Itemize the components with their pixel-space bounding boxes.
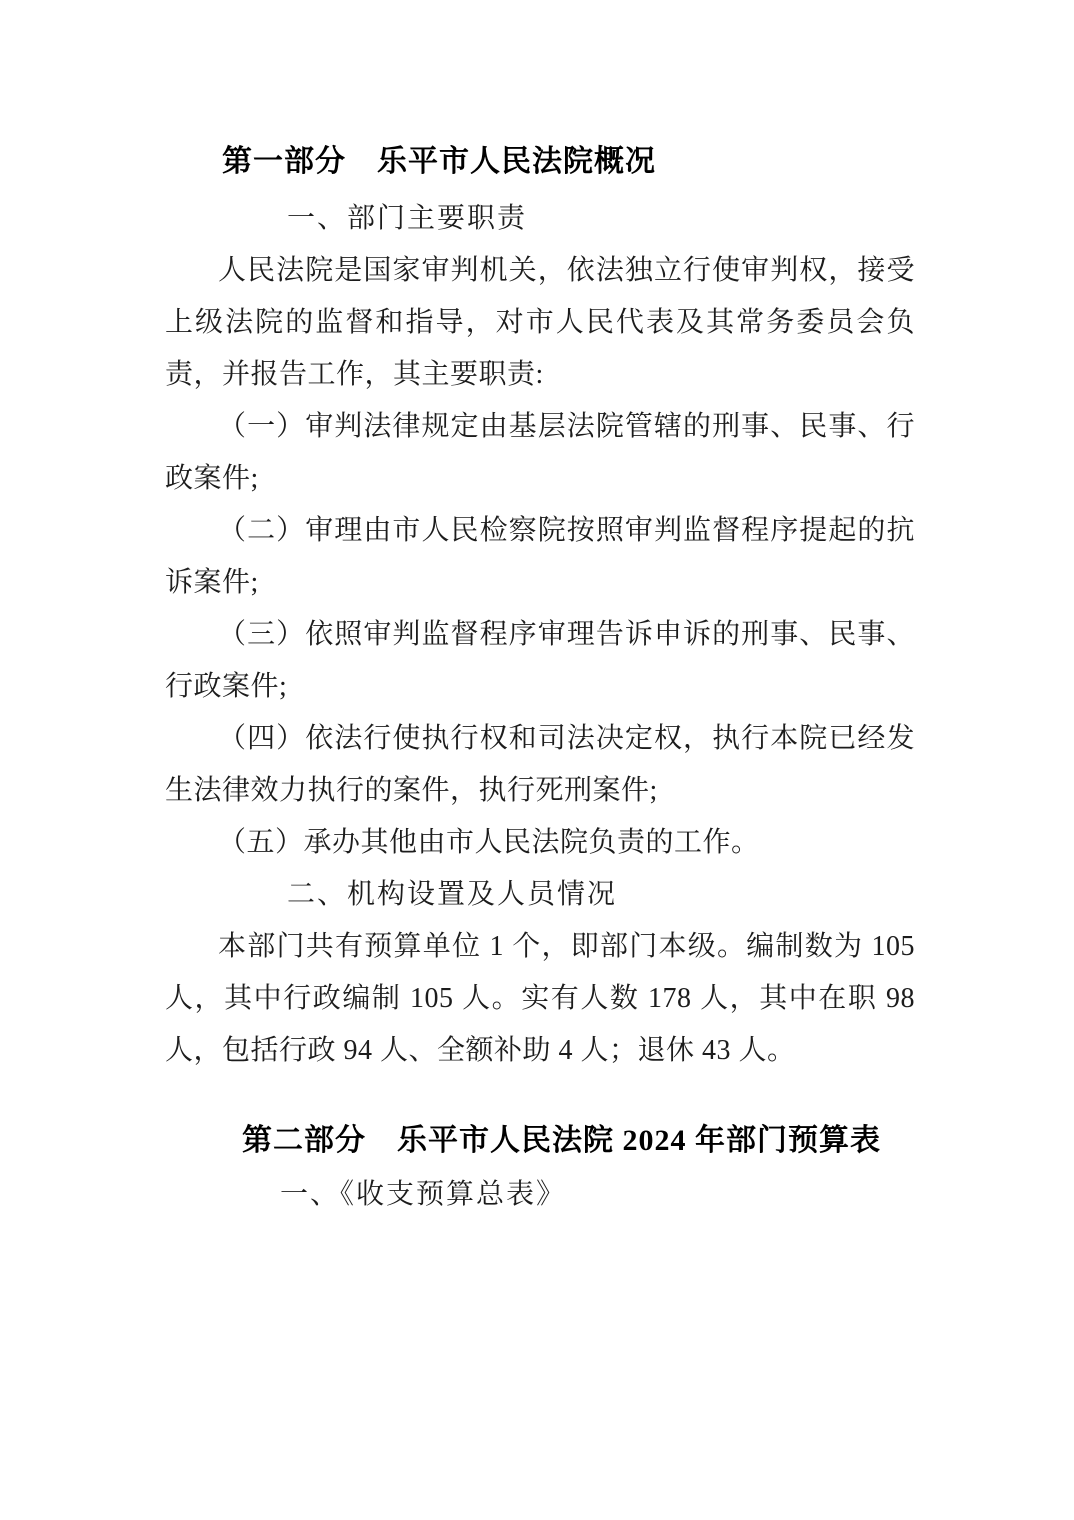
part1-title: 第一部分 乐平市人民法院概况: [165, 140, 915, 184]
document-page: 第一部分 乐平市人民法院概况 一、部门主要职责 人民法院是国家审判机关，依法独立…: [0, 0, 1074, 1520]
part2-item-1: 一、《收支预算总表》: [165, 1169, 915, 1221]
part1-section1-intro-paragraph: 人民法院是国家审判机关，依法独立行使审判权，接受上级法院的监督和指导，对市人民代…: [165, 245, 915, 401]
duty-item-1: （一）审判法律规定由基层法院管辖的刑事、民事、行政案件;: [165, 401, 915, 505]
part2-title: 第二部分 乐平市人民法院 2024 年部门预算表: [165, 1119, 915, 1163]
part1-section1-heading: 一、部门主要职责: [165, 193, 915, 245]
duty-item-5: （五）承办其他由市人民法院负责的工作。: [165, 817, 915, 869]
duty-item-3: （三）依照审判监督程序审理告诉申诉的刑事、民事、行政案件;: [165, 609, 915, 713]
duty-item-4: （四）依法行使执行权和司法决定权，执行本院已经发生法律效力执行的案件，执行死刑案…: [165, 713, 915, 817]
duty-item-2: （二）审理由市人民检察院按照审判监督程序提起的抗诉案件;: [165, 505, 915, 609]
staffing-paragraph: 本部门共有预算单位 1 个，即部门本级。编制数为 105 人，其中行政编制 10…: [165, 921, 915, 1077]
part1-section2-heading: 二、机构设置及人员情况: [165, 869, 915, 921]
